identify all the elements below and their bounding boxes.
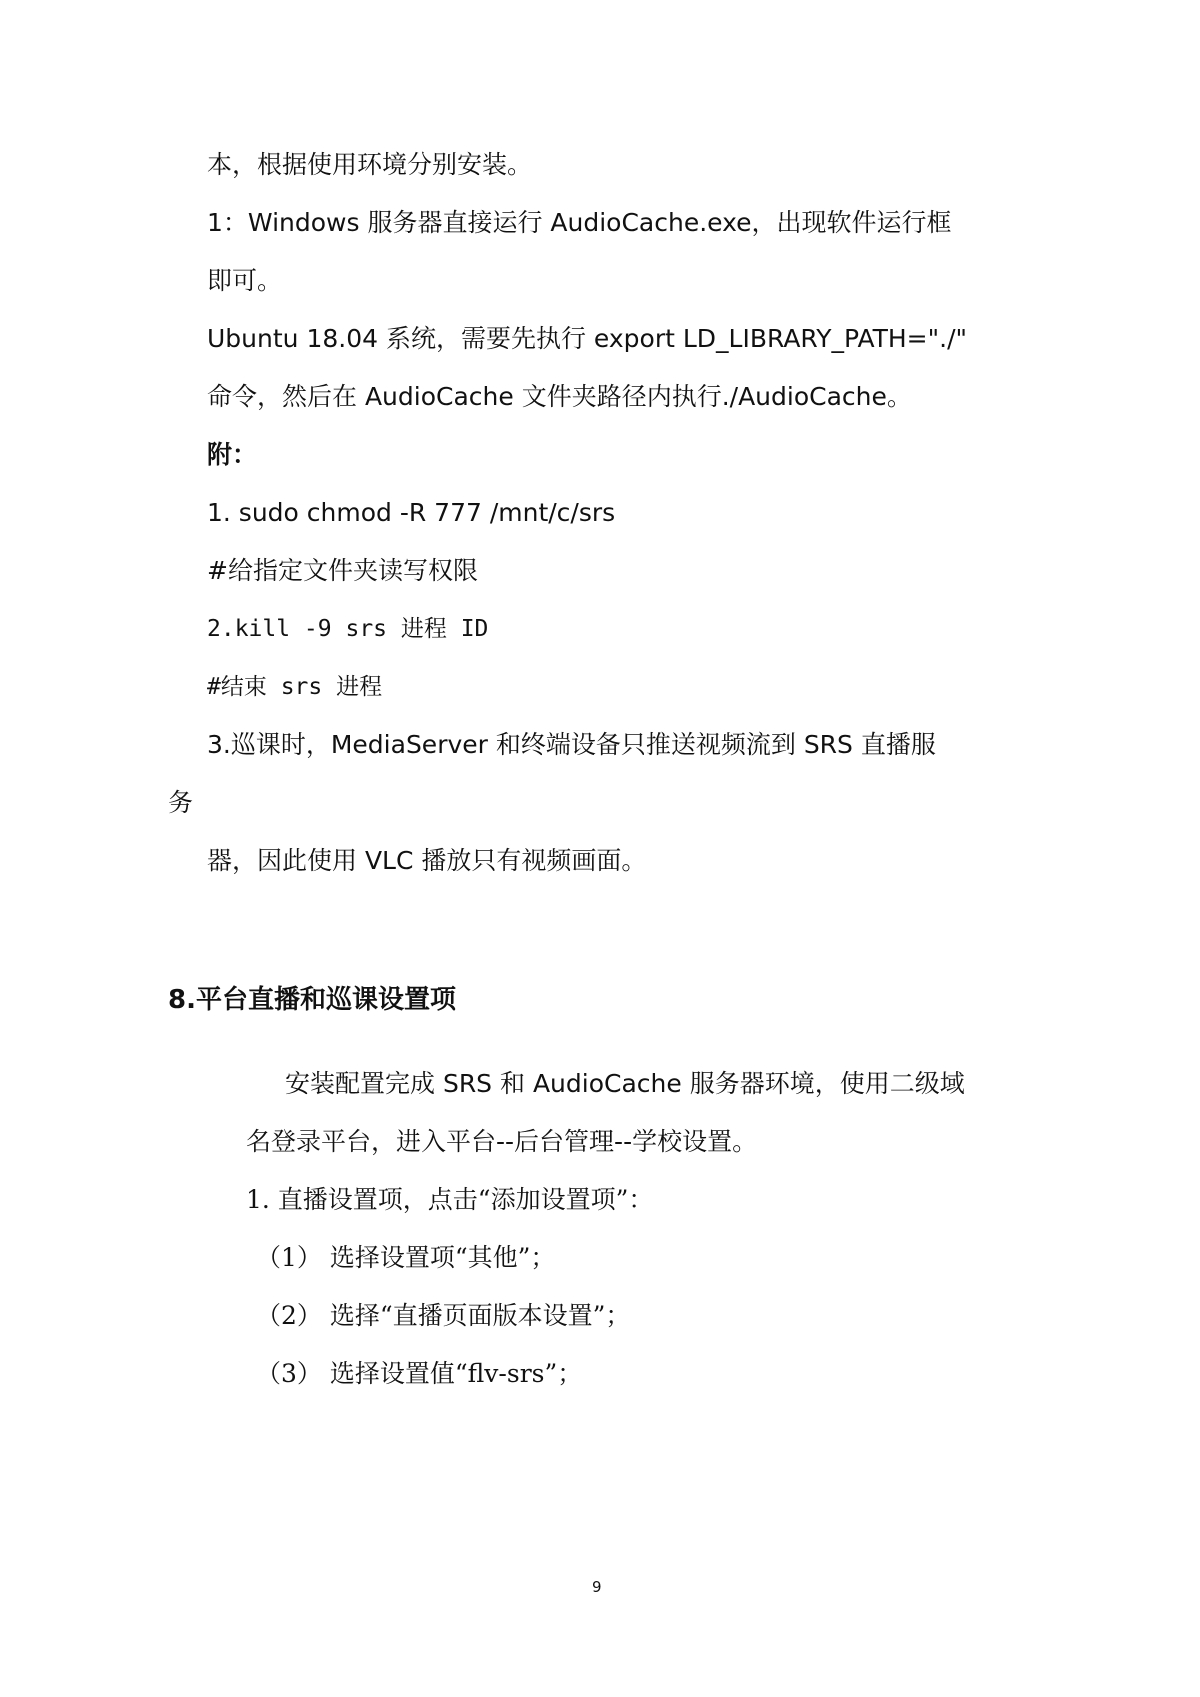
appendix-label: 附： (207, 438, 257, 472)
appendix-comment-chmod: #给指定文件夹读写权限 (207, 554, 478, 588)
note-3-line: 3.巡课时，MediaServer 和终端设备只推送视频流到 SRS 直播服 (207, 728, 936, 762)
step-1: 1. 直播设置项，点击“添加设置项”： (246, 1183, 653, 1217)
appendix-command-kill: 2.kill -9 srs 进程 ID (207, 612, 488, 646)
ubuntu-install-line-cont: 命令，然后在 AudioCache 文件夹路径内执行./AudioCache。 (207, 380, 912, 414)
windows-install-line: 1：Windows 服务器直接运行 AudioCache.exe，出现软件运行框 (207, 206, 952, 240)
appendix-command-chmod: 1. sudo chmod -R 777 /mnt/c/srs (207, 496, 615, 530)
substep-3: （3） 选择设置值“flv-srs”； (256, 1357, 582, 1391)
note-3-line-cont: 务 (168, 786, 193, 820)
substep-2: （2） 选择“直播页面版本设置”； (256, 1299, 630, 1333)
section-intro-line: 安装配置完成 SRS 和 AudioCache 服务器环境，使用二级域 (285, 1067, 965, 1101)
paragraph-text: 本，根据使用环境分别安装。 (207, 148, 532, 182)
note-3-line-cont2: 器，因此使用 VLC 播放只有视频画面。 (207, 844, 646, 878)
windows-install-line-cont: 即可。 (207, 264, 282, 298)
substep-1: （1） 选择设置项“其他”； (256, 1241, 555, 1275)
page-number: 9 (592, 1578, 602, 1596)
section-heading: 8.平台直播和巡课设置项 (168, 983, 456, 1017)
section-intro-line-cont: 名登录平台，进入平台--后台管理--学校设置。 (246, 1125, 757, 1159)
appendix-comment-kill: #结束 srs 进程 (207, 670, 382, 704)
ubuntu-install-line: Ubuntu 18.04 系统，需要先执行 export LD_LIBRARY_… (207, 322, 967, 356)
